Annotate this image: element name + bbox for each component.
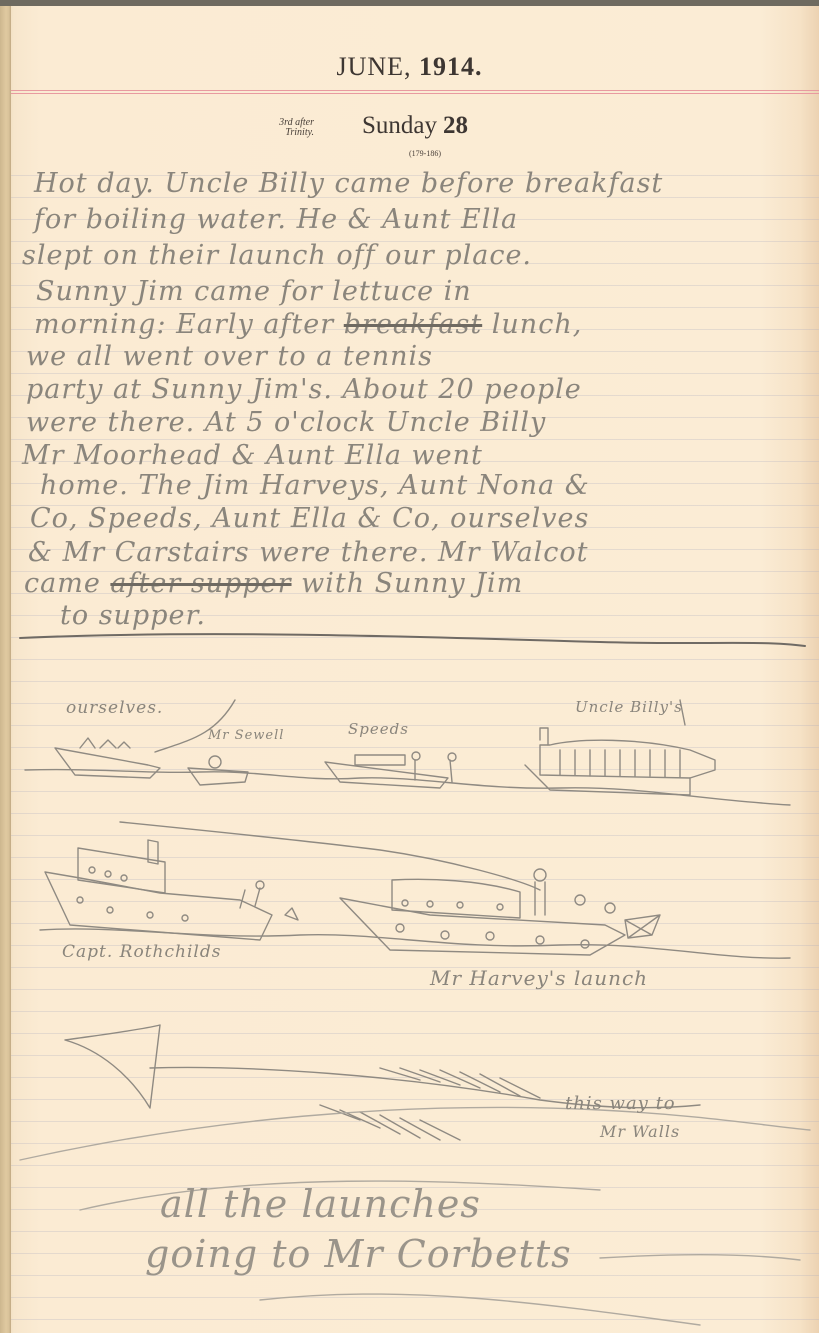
entry-text: lunch, xyxy=(492,309,583,340)
entry-line: to supper. xyxy=(60,600,206,631)
weekday: Sunday xyxy=(362,112,437,139)
month: JUNE, xyxy=(336,52,411,81)
caption-line-2: going to Mr Corbetts xyxy=(145,1232,572,1276)
label-this-way: this way to xyxy=(565,1093,676,1114)
page-binding-edge xyxy=(0,6,11,1333)
church-calendar-note: 3rd after Trinity. xyxy=(258,118,314,138)
entry-line: slept on their launch off our place. xyxy=(22,240,532,271)
entry-text: came xyxy=(24,568,101,599)
label-capt-rothchilds: Capt. Rothchilds xyxy=(62,942,221,962)
entry-line: party at Sunny Jim's. About 20 people xyxy=(26,374,582,405)
label-ourselves: ourselves. xyxy=(66,698,163,718)
entry-text: with Sunny Jim xyxy=(301,568,523,599)
entry-line: Co, Speeds, Aunt Ella & Co, ourselves xyxy=(30,503,589,534)
struck-text: breakfast xyxy=(344,309,482,340)
entry-text: morning: Early after xyxy=(34,309,334,340)
label-mr-sewell: Mr Sewell xyxy=(208,728,284,743)
label-speeds: Speeds xyxy=(348,720,409,738)
church-day-line-2: Trinity. xyxy=(258,128,314,138)
header-rule-top xyxy=(11,90,819,91)
day-heading: Sunday28 xyxy=(362,112,468,140)
year: 1914. xyxy=(419,52,483,81)
entry-line: for boiling water. He & Aunt Ella xyxy=(34,204,518,235)
entry-line: Sunny Jim came for lettuce in xyxy=(36,276,472,307)
entry-line: we all went over to a tennis xyxy=(26,341,433,372)
caption-line-1: all the launches xyxy=(160,1182,481,1226)
entry-line: were there. At 5 o'clock Uncle Billy xyxy=(26,407,546,438)
entry-line: Mr Moorhead & Aunt Ella went xyxy=(22,440,483,471)
label-mr-harvey-launch: Mr Harvey's launch xyxy=(430,966,648,990)
day-count: (179-186) xyxy=(409,149,441,158)
entry-line: Hot day. Uncle Billy came before breakfa… xyxy=(34,168,663,199)
date-number: 28 xyxy=(443,112,468,139)
label-uncle-billy: Uncle Billy's xyxy=(575,698,683,716)
entry-line: morning: Early after breakfast lunch, xyxy=(34,309,582,340)
entry-line: home. The Jim Harveys, Aunt Nona & xyxy=(40,470,590,501)
label-mr-walls: Mr Walls xyxy=(600,1122,680,1141)
month-year-heading: JUNE, 1914. xyxy=(0,52,819,82)
entry-line: & Mr Carstairs were there. Mr Walcot xyxy=(28,537,589,568)
entry-line: came after supper with Sunny Jim xyxy=(24,568,523,599)
struck-text: after supper xyxy=(110,568,291,599)
header-rule-bottom xyxy=(11,93,819,94)
